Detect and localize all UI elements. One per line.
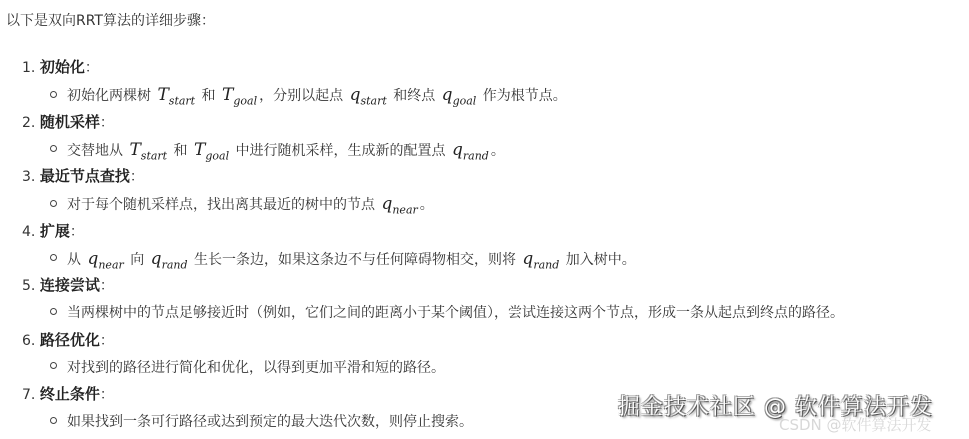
math-subscript: goal — [205, 149, 229, 162]
step-title: 连接尝试 — [40, 276, 100, 294]
math-base: q — [442, 85, 453, 105]
step-detail: 如果找到一条可行路径或达到预定的最大迭代次数，则停止搜索。 — [50, 410, 473, 434]
step-heading: 4. 扩展： — [22, 219, 84, 243]
math-base: T — [194, 140, 205, 160]
step-heading: 5. 连接尝试： — [22, 273, 114, 297]
step-item: 2. 随机采样：交替地从 Tstart 和 Tgoal 中进行随机采样，生成新的… — [0, 110, 969, 165]
step-heading: 2. 随机采样： — [22, 110, 114, 134]
detail-text: 和终点 — [389, 88, 440, 104]
detail-text: 初始化两棵树 — [67, 88, 155, 104]
math-base: T — [157, 85, 168, 105]
hollow-circle-bullet-icon — [50, 417, 57, 424]
steps-list: 1. 初始化：初始化两棵树 Tstart 和 Tgoal，分别以起点 qstar… — [0, 55, 969, 437]
math-subscript: goal — [233, 94, 257, 107]
step-number: 2. — [22, 115, 35, 131]
math-base: q — [350, 85, 361, 105]
step-title: 随机采样 — [40, 113, 100, 131]
step-detail: 交替地从 Tstart 和 Tgoal 中进行随机采样，生成新的配置点 qran… — [50, 138, 505, 162]
math-subscript: start — [169, 94, 195, 107]
detail-text: 当两棵树中的节点足够接近时（例如，它们之间的距离小于某个阈值），尝试连接这两个节… — [67, 305, 844, 321]
math-base: q — [87, 249, 98, 269]
math-base: q — [381, 194, 392, 214]
step-heading: 1. 初始化： — [22, 55, 99, 79]
hollow-circle-bullet-icon — [50, 200, 57, 207]
intro-text: 以下是双向RRT算法的详细步骤： — [6, 11, 215, 31]
step-number: 1. — [22, 60, 35, 76]
step-number: 3. — [22, 169, 35, 185]
math-base: q — [522, 249, 533, 269]
detail-text: 向 — [126, 252, 149, 268]
step-number: 4. — [22, 224, 35, 240]
math-base: T — [222, 85, 233, 105]
step-detail: 对于每个随机采样点，找出离其最近的树中的节点 qnear。 — [50, 192, 434, 216]
detail-text: 作为根节点。 — [478, 88, 566, 104]
detail-text: 对找到的路径进行简化和优化，以得到更加平滑和短的路径。 — [67, 360, 445, 376]
detail-text: 。 — [420, 197, 434, 213]
hollow-circle-bullet-icon — [50, 254, 57, 261]
step-number: 6. — [22, 333, 35, 349]
math-symbol: qstart — [350, 85, 387, 105]
detail-text: 对于每个随机采样点，找出离其最近的树中的节点 — [67, 197, 379, 213]
step-number: 5. — [22, 278, 35, 294]
step-colon: ： — [70, 224, 84, 240]
step-title: 初始化 — [40, 58, 85, 76]
detail-text: 交替地从 — [67, 143, 127, 159]
math-subscript: rand — [162, 258, 188, 271]
math-symbol: Tgoal — [222, 85, 257, 105]
math-symbol: qrand — [522, 249, 559, 269]
detail-text: 和 — [197, 88, 220, 104]
step-item: 4. 扩展：从 qnear 向 qrand 生长一条边，如果这条边不与任何障碍物… — [0, 219, 969, 274]
step-detail: 对找到的路径进行简化和优化，以得到更加平滑和短的路径。 — [50, 356, 445, 380]
step-colon: ： — [85, 60, 99, 76]
detail-text: 生长一条边，如果这条边不与任何障碍物相交，则将 — [190, 252, 521, 268]
detail-text: 中进行随机采样，生成新的配置点 — [231, 143, 450, 159]
step-heading: 7. 终止条件： — [22, 382, 114, 406]
step-heading: 3. 最近节点查找： — [22, 164, 144, 188]
step-colon: ： — [100, 115, 114, 131]
step-item: 1. 初始化：初始化两棵树 Tstart 和 Tgoal，分别以起点 qstar… — [0, 55, 969, 110]
detail-text: 如果找到一条可行路径或达到预定的最大迭代次数，则停止搜索。 — [67, 414, 473, 430]
math-symbol: qnear — [87, 249, 123, 269]
math-symbol: qgoal — [442, 85, 477, 105]
step-title: 路径优化 — [40, 331, 100, 349]
math-base: q — [151, 249, 162, 269]
math-base: q — [452, 140, 463, 160]
step-detail: 初始化两棵树 Tstart 和 Tgoal，分别以起点 qstart 和终点 q… — [50, 83, 567, 107]
math-symbol: Tstart — [157, 85, 195, 105]
detail-text: 加入树中。 — [561, 252, 635, 268]
math-subscript: near — [98, 258, 123, 271]
step-item: 3. 最近节点查找：对于每个随机采样点，找出离其最近的树中的节点 qnear。 — [0, 164, 969, 219]
math-subscript: near — [392, 203, 417, 216]
step-title: 终止条件 — [40, 385, 100, 403]
detail-text: 和 — [169, 143, 192, 159]
math-subscript: goal — [453, 94, 477, 107]
math-symbol: qnear — [381, 194, 417, 214]
step-heading: 6. 路径优化： — [22, 328, 114, 352]
math-subscript: start — [360, 94, 386, 107]
step-detail: 当两棵树中的节点足够接近时（例如，它们之间的距离小于某个阈值），尝试连接这两个节… — [50, 301, 844, 325]
step-detail: 从 qnear 向 qrand 生长一条边，如果这条边不与任何障碍物相交，则将 … — [50, 247, 636, 271]
step-item: 5. 连接尝试：当两棵树中的节点足够接近时（例如，它们之间的距离小于某个阈值），… — [0, 273, 969, 328]
hollow-circle-bullet-icon — [50, 308, 57, 315]
detail-text: 从 — [67, 252, 85, 268]
math-subscript: rand — [533, 258, 559, 271]
step-number: 7. — [22, 387, 35, 403]
hollow-circle-bullet-icon — [50, 362, 57, 369]
math-subscript: start — [141, 149, 167, 162]
step-title: 扩展 — [40, 222, 70, 240]
math-symbol: Tgoal — [194, 140, 229, 160]
step-title: 最近节点查找 — [40, 167, 130, 185]
math-symbol: qrand — [452, 140, 489, 160]
step-colon: ： — [130, 169, 144, 185]
hollow-circle-bullet-icon — [50, 145, 57, 152]
step-colon: ： — [100, 333, 114, 349]
step-colon: ： — [100, 387, 114, 403]
math-subscript: rand — [463, 149, 489, 162]
math-symbol: qrand — [151, 249, 188, 269]
juejin-watermark: 掘金技术社区 @ 软件算法开发 — [618, 393, 933, 423]
step-colon: ： — [100, 278, 114, 294]
math-symbol: Tstart — [129, 140, 167, 160]
math-base: T — [129, 140, 140, 160]
detail-text: 。 — [491, 143, 505, 159]
detail-text: ，分别以起点 — [259, 88, 347, 104]
hollow-circle-bullet-icon — [50, 91, 57, 98]
step-item: 6. 路径优化：对找到的路径进行简化和优化，以得到更加平滑和短的路径。 — [0, 328, 969, 383]
